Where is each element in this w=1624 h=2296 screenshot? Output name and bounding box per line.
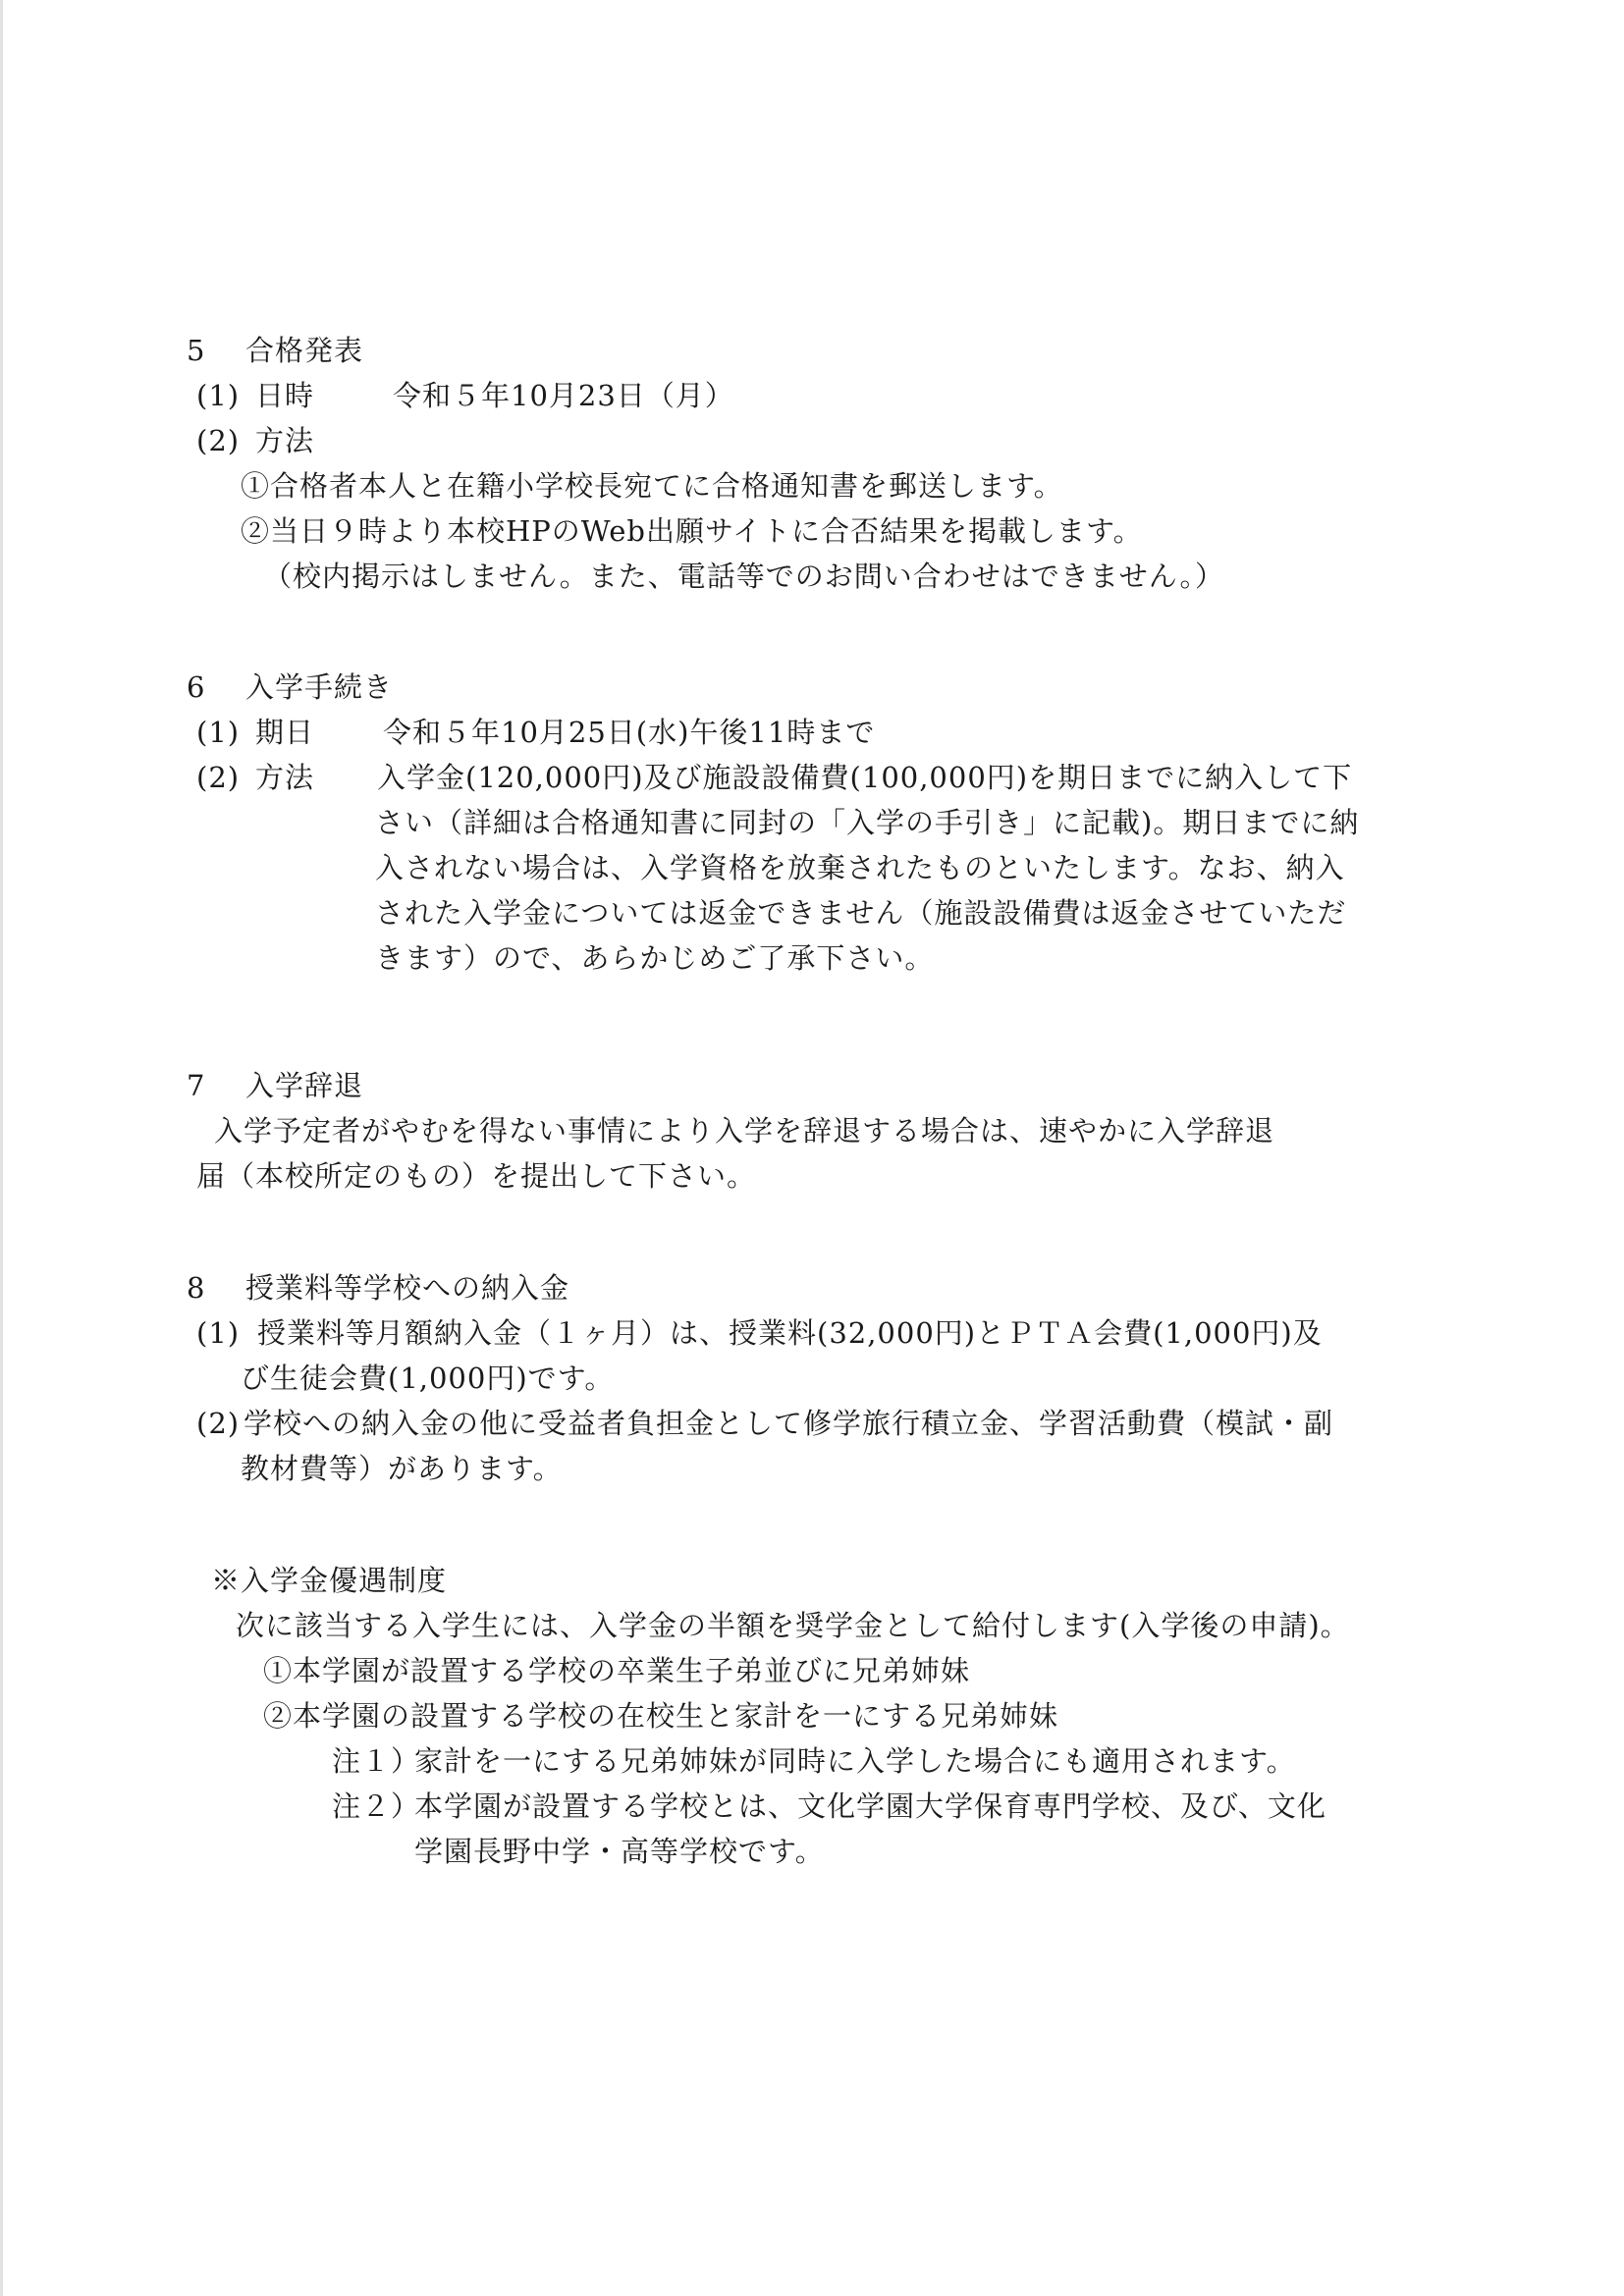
- item-marker: (2): [196, 1404, 244, 1443]
- item-marker: (1): [196, 376, 255, 415]
- section-6-item-2-line-3: 入されない場合は、入学資格を放棄されたものといたします。なお、納入: [375, 848, 1345, 887]
- section-title: 入学手続き: [245, 670, 393, 704]
- section-5-item-2: (2)方法: [196, 421, 314, 460]
- item-label: 方法: [255, 758, 377, 797]
- section-8-heading: 8授業料等学校への納入金: [187, 1268, 569, 1308]
- section-6-heading: 6入学手続き: [187, 667, 393, 707]
- scholarship-note-2-line-2: 学園長野中学・高等学校です。: [414, 1832, 825, 1871]
- item-value: 令和５年10月23日（月）: [393, 379, 734, 412]
- section-number: 6: [187, 667, 245, 707]
- scholarship-note-1: 注１）家計を一にする兄弟姉妹が同時に入学した場合にも適用されます。: [332, 1741, 1296, 1781]
- note-text: 家計を一にする兄弟姉妹が同時に入学した場合にも適用されます。: [414, 1744, 1296, 1778]
- item-text: 授業料等月額納入金（１ヶ月）は、授業料(32,000円)とＰＴＡ会費(1,000…: [257, 1316, 1323, 1350]
- item-marker: (2): [196, 421, 255, 460]
- item-text: 入学金(120,000円)及び施設設備費(100,000円)を期日までに納入して…: [377, 761, 1352, 794]
- section-6-item-2-line-2: さい（詳細は合格通知書に同封の「入学の手引き」に記載)。期日までに納: [375, 803, 1359, 842]
- item-label: 方法: [255, 424, 314, 457]
- scholarship-criterion-1: ①本学園が設置する学校の卒業生子弟並びに兄弟姉妹: [263, 1651, 970, 1690]
- section-7-line-1: 入学予定者がやむを得ない事情により入学を辞退する場合は、速やかに入学辞退: [214, 1111, 1274, 1150]
- item-text: 学校への納入金の他に受益者負担金として修学旅行積立金、学習活動費（模試・副: [244, 1407, 1333, 1440]
- section-5-bullet-2: ②当日９時より本校HPのWeb出願サイトに合否結果を掲載します。: [241, 511, 1143, 551]
- section-number: 8: [187, 1268, 245, 1308]
- note-marker: 注１）: [332, 1741, 414, 1781]
- item-marker: (1): [196, 713, 255, 752]
- scholarship-note-2: 注２）本学園が設置する学校とは、文化学園大学保育専門学校、及び、文化: [332, 1787, 1326, 1826]
- item-value: 令和５年10月25日(水)午後11時まで: [383, 716, 875, 749]
- item-label: 期日: [255, 713, 383, 752]
- section-5-bullet-1: ①合格者本人と在籍小学校長宛てに合格通知書を郵送します。: [241, 466, 1063, 506]
- section-6-item-1: (1)期日令和５年10月25日(水)午後11時まで: [196, 713, 875, 752]
- section-8-item-2-line-2: 教材費等）があります。: [241, 1449, 563, 1488]
- section-title: 授業料等学校への納入金: [245, 1271, 569, 1305]
- item-label: 日時: [255, 376, 393, 415]
- section-title: 合格発表: [245, 334, 363, 367]
- section-title: 入学辞退: [245, 1069, 363, 1102]
- section-6-item-2-line-4: された入学金については返金できません（施設設備費は返金させていただ: [375, 893, 1346, 933]
- section-number: 7: [187, 1066, 245, 1105]
- section-number: 5: [187, 331, 245, 370]
- section-8-item-1: (1)授業料等月額納入金（１ヶ月）は、授業料(32,000円)とＰＴＡ会費(1,…: [196, 1313, 1323, 1353]
- section-6-item-2-line-5: きます）ので、あらかじめご了承下さい。: [375, 938, 934, 978]
- section-8-item-2: (2)学校への納入金の他に受益者負担金として修学旅行積立金、学習活動費（模試・副: [196, 1404, 1333, 1443]
- item-marker: (2): [196, 758, 255, 797]
- item-marker: (1): [196, 1313, 257, 1353]
- scholarship-heading: ※入学金優遇制度: [211, 1561, 447, 1600]
- note-marker: 注２）: [332, 1787, 414, 1826]
- section-5-item-1: (1)日時令和５年10月23日（月）: [196, 376, 734, 415]
- section-7-line-2: 届（本校所定のもの）を提出して下さい。: [196, 1156, 756, 1196]
- scholarship-criterion-2: ②本学園の設置する学校の在校生と家計を一にする兄弟姉妹: [263, 1696, 1058, 1735]
- section-5-heading: 5合格発表: [187, 331, 363, 370]
- section-8-item-1-line-2: び生徒会費(1,000円)です。: [241, 1359, 614, 1398]
- document-page: 5合格発表 (1)日時令和５年10月23日（月） (2)方法 ①合格者本人と在籍…: [0, 0, 1624, 2296]
- section-7-heading: 7入学辞退: [187, 1066, 363, 1105]
- section-5-note: （校内掲示はしません。また、電話等でのお問い合わせはできません。）: [263, 557, 1224, 596]
- note-text: 本学園が設置する学校とは、文化学園大学保育専門学校、及び、文化: [414, 1789, 1326, 1823]
- scholarship-intro: 次に該当する入学生には、入学金の半額を奨学金として給付します(入学後の申請)。: [236, 1606, 1350, 1645]
- section-6-item-2: (2)方法入学金(120,000円)及び施設設備費(100,000円)を期日まで…: [196, 758, 1352, 797]
